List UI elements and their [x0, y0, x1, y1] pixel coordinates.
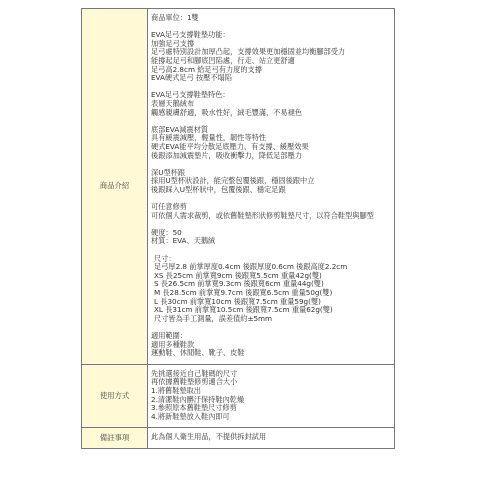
text-line: 此為個人衛生用品，不提供拆封試用: [151, 433, 391, 442]
para-notes: 此為個人衛生用品，不提供拆封試用: [151, 433, 391, 442]
step-4: 4.將新鞋墊放入鞋內即可: [151, 413, 391, 422]
para-features: EVA足弓支撐鞋墊特色： 表層天鵝絨布 觸感親膚舒適，吸水性好，絨毛豐滿，不易褪…: [151, 91, 391, 117]
text-line: 可依個人需求裁剪，或依舊鞋墊形狀修剪鞋墊尺寸，以符合鞋型與腳型: [151, 212, 391, 221]
para-sizes: 尺寸： 足弓厚2.8 前掌厚度0.4cm 後跟厚度0.6cm 後跟高度2.2cm…: [151, 255, 391, 324]
para-function: EVA足弓支撐鞋墊功能： 加強足弓支撐 足弓處特別設計加厚凸起，支撐效果更加穩固…: [151, 31, 391, 83]
row-label-notes: 備註事項: [82, 428, 148, 449]
text-line: 材質：EVA、天鵝絨: [151, 237, 391, 246]
text-line: EVA硬式足弓 按壓不塌陷: [151, 74, 391, 83]
para-u-heel-cup: 深U型杯跟 採用U型杯狀設計，能完整包覆後跟，穩固後跟中立 後跟踩入U型杯狀中，…: [151, 169, 391, 195]
text-line: 後跟踩入U型杯狀中，包覆後跟、穩定足跟: [151, 186, 391, 195]
para-unit: 商品單位：1雙: [151, 14, 391, 23]
table-row-usage: 使用方式 先挑選接近自己鞋碼的尺寸 再依據舊鞋墊修剪適合大小 1.將舊鞋墊取出 …: [82, 364, 395, 428]
para-usage-steps: 先挑選接近自己鞋碼的尺寸 再依據舊鞋墊修剪適合大小 1.將舊鞋墊取出 2.清潔鞋…: [151, 370, 391, 422]
para-trimmable: 可任意修剪 可依個人需求裁剪，或依舊鞋墊形狀修剪鞋墊尺寸，以符合鞋型與腳型: [151, 203, 391, 220]
row-label-usage: 使用方式: [82, 364, 148, 428]
row-content-usage: 先挑選接近自己鞋碼的尺寸 再依據舊鞋墊修剪適合大小 1.將舊鞋墊取出 2.清潔鞋…: [148, 364, 395, 428]
text-line: 尺寸皆為手工測量，誤差值約±5mm: [151, 315, 391, 324]
table-row-notes: 備註事項 此為個人衛生用品，不提供拆封試用: [82, 428, 395, 449]
text-line: 後跟添加減震墊片，吸收衝擊力，降低足部壓力: [151, 152, 391, 161]
text-line: 商品單位：1雙: [151, 14, 391, 23]
product-spec-table: 商品介紹 商品單位：1雙 EVA足弓支撐鞋墊功能： 加強足弓支撐 足弓處特別設計…: [81, 8, 395, 449]
table-row-product-intro: 商品介紹 商品單位：1雙 EVA足弓支撐鞋墊功能： 加強足弓支撐 足弓處特別設計…: [82, 9, 395, 365]
para-hardness-material: 硬度：50 材質：EVA、天鵝絨: [151, 229, 391, 246]
row-content-product-intro: 商品單位：1雙 EVA足弓支撐鞋墊功能： 加強足弓支撐 足弓處特別設計加厚凸起，…: [148, 9, 395, 365]
row-label-product-intro: 商品介紹: [82, 9, 148, 365]
para-eva-base: 底部EVA減震材質 具有緩震減壓，輕量性，韌性等特性 硬式EVA能平均分散足底壓…: [151, 126, 391, 160]
text-line: 觸感親膚舒適，吸水性好，絨毛豐滿，不易褪色: [151, 109, 391, 118]
text-line: 運動鞋、休閒鞋、靴子、皮鞋: [151, 349, 391, 358]
row-content-notes: 此為個人衛生用品，不提供拆封試用: [148, 428, 395, 449]
para-applicable-scope: 適用範圍： 適用多種鞋款 運動鞋、休閒鞋、靴子、皮鞋: [151, 332, 391, 358]
